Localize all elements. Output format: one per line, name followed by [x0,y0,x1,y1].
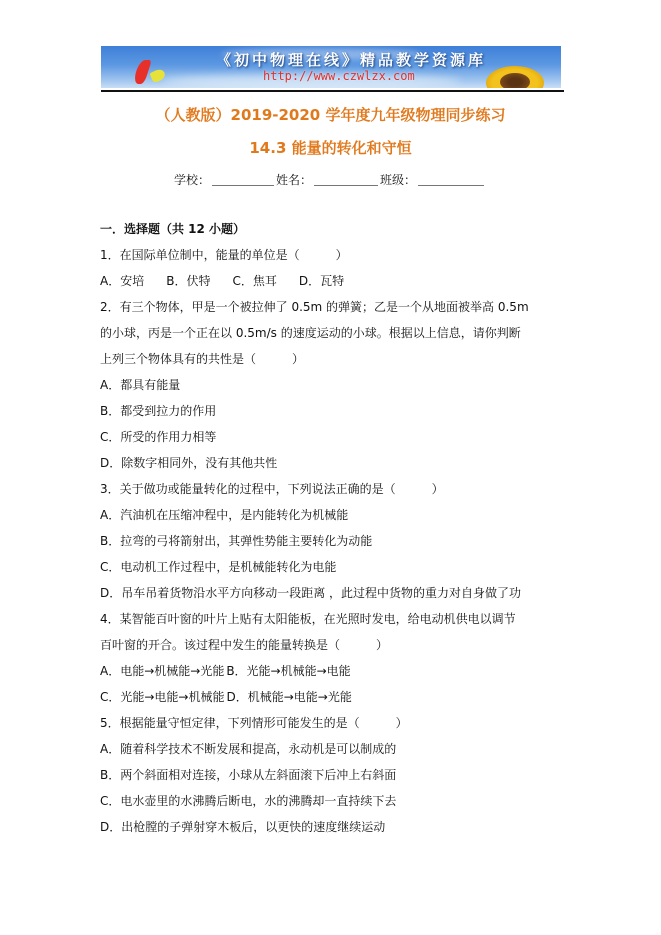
question-4-options-row-1: A．电能→机械能→光能B．光能→机械能→电能 [100,662,351,679]
question-3-option-b: B．拉弯的弓将箭射出，其弹性势能主要转化为动能 [100,532,372,549]
question-5-option-d: D．出枪膛的子弹射穿木板后，以更快的速度继续运动 [100,818,385,835]
name-label: 姓名： [276,171,312,188]
option-b: B．伏特 [166,274,210,288]
class-label: 班级： [380,171,416,188]
question-3-option-d: D．吊车吊着货物沿水平方向移动一段距离 ，此过程中货物的重力对自身做了功 [100,584,521,601]
banner-title: 《初中物理在线》精品教学资源库 [216,49,486,70]
name-blank [314,175,378,186]
sunflower-center [500,73,530,88]
school-blank [212,175,274,186]
question-2-stem-line-1: 2．有三个物体，甲是一个被拉伸了 0.5m 的弹簧；乙是一个从地面被举高 0.5… [100,298,529,315]
option-b: B．光能→机械能→电能 [226,664,350,678]
option-d: D．机械能→电能→光能 [227,690,352,704]
banner-url: http://www.czwlzx.com [263,69,415,83]
question-4-options-row-2: C．光能→电能→机械能D．机械能→电能→光能 [100,688,352,705]
question-4-stem-line-1: 4．某智能百叶窗的叶片上贴有太阳能板，在光照时发电，给电动机供电以调节 [100,610,516,627]
question-2-stem-line-3: 上列三个物体具有的共性是（ ） [100,350,304,367]
option-a: A．安培 [100,274,144,288]
czwlzx-logo-icon [132,60,152,84]
question-5-option-b: B．两个斜面相对连接，小球从左斜面滚下后冲上右斜面 [100,766,396,783]
option-c: C．光能→电能→机械能 [100,690,225,704]
school-label: 学校： [174,171,210,188]
header-banner: 《初中物理在线》精品教学资源库 http://www.czwlzx.com [101,46,561,88]
question-2-option-b: B．都受到拉力的作用 [100,402,216,419]
document-subtitle: 14.3 能量的转化和守恒 [0,137,661,158]
option-a: A．电能→机械能→光能 [100,664,224,678]
question-5-option-a: A．随着科学技术不断发展和提高，永动机是可以制成的 [100,740,396,757]
question-2-option-c: C．所受的作用力相等 [100,428,216,445]
question-2-stem-line-2: 的小球，丙是一个正在以 0.5m/s 的速度运动的小球。根据以上信息，请你判断 [100,324,521,341]
student-info-line: 学校：姓名：班级： [174,171,486,188]
question-4-stem-line-2: 百叶窗的开合。该过程中发生的能量转换是（ ） [100,636,388,653]
class-blank [418,175,484,186]
question-2-option-a: A．都具有能量 [100,376,180,393]
option-d: D．瓦特 [299,274,344,288]
banner-divider [101,90,564,92]
question-1-stem: 1．在国际单位制中，能量的单位是（ ） [100,246,348,263]
question-5-stem: 5．根据能量守恒定律，下列情形可能发生的是（ ） [100,714,408,731]
question-3-stem: 3．关于做功或能量转化的过程中，下列说法正确的是（ ） [100,480,444,497]
section-heading: 一．选择题（共 12 小题） [100,220,245,237]
question-2-option-d: D．除数字相同外，没有其他共性 [100,454,277,471]
question-3-option-a: A．汽油机在压缩冲程中，是内能转化为机械能 [100,506,348,523]
option-c: C．焦耳 [232,274,276,288]
question-3-option-c: C．电动机工作过程中，是机械能转化为电能 [100,558,336,575]
question-1-options: A．安培B．伏特C．焦耳D．瓦特 [100,272,344,289]
sunflower-icon [486,66,544,88]
document-page: 《初中物理在线》精品教学资源库 http://www.czwlzx.com （人… [0,0,661,935]
question-5-option-c: C．电水壶里的水沸腾后断电，水的沸腾却一直持续下去 [100,792,396,809]
document-title: （人教版）2019-2020 学年度九年级物理同步练习 [0,104,661,125]
